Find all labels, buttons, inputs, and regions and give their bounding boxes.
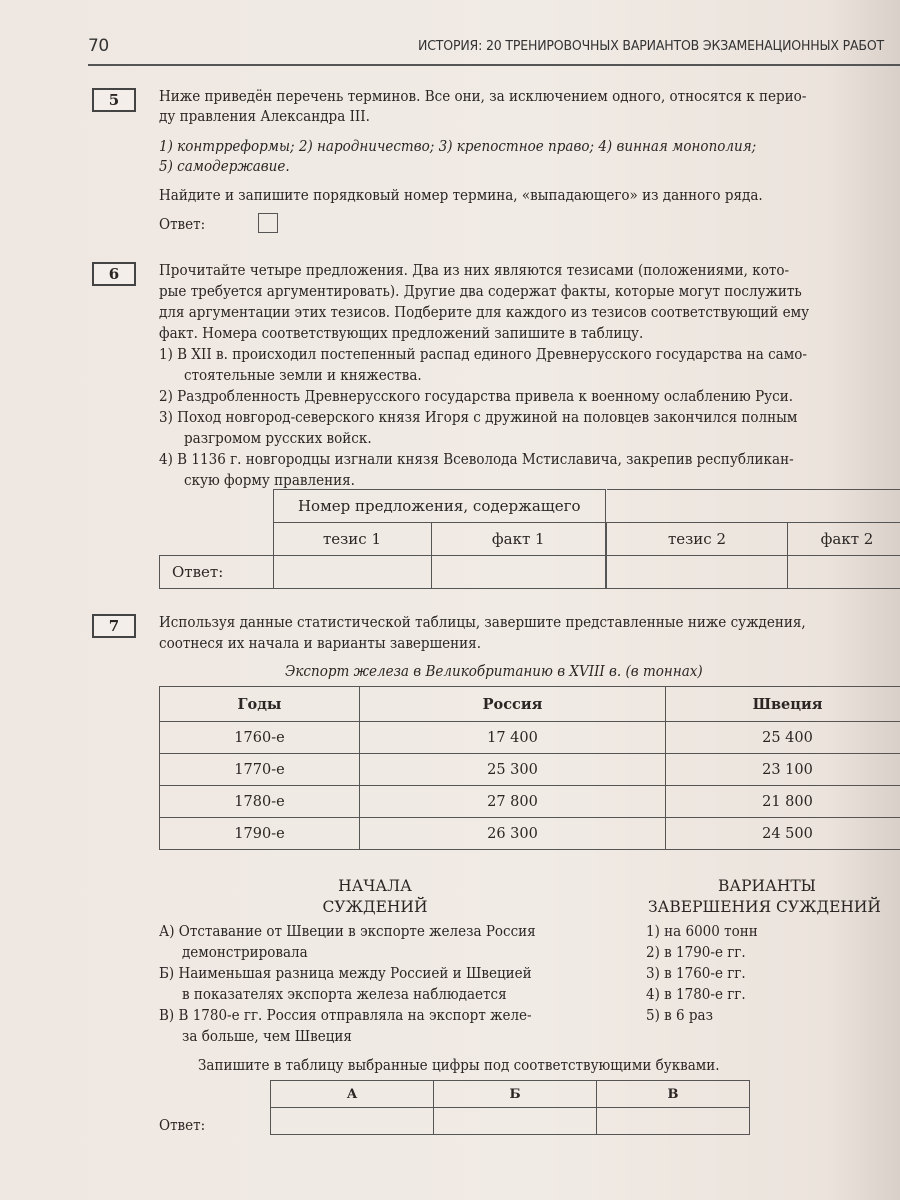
col-header-russia: Россия: [360, 687, 666, 722]
running-title: ИСТОРИЯ: 20 ТРЕНИРОВОЧНЫХ ВАРИАНТОВ ЭКЗА…: [418, 38, 884, 54]
task-7-number: 7: [92, 614, 136, 638]
cell-sweden: 25 400: [666, 722, 900, 754]
cell-russia: 17 400: [360, 722, 666, 754]
task-6-col-fact-1: факт 1: [431, 523, 606, 556]
task-6-answer-fact-1[interactable]: [431, 556, 606, 589]
task-5-terms-line-1: 1) контрреформы; 2) народничество; 3) кр…: [159, 136, 835, 157]
task-7-table-caption: Экспорт железа в Великобританию в XVIII …: [285, 661, 900, 682]
task-6-answer-thesis-2[interactable]: [607, 556, 788, 589]
table-row: 1760-е 17 400 25 400: [160, 722, 900, 754]
ending-3: 3) в 1760-е гг.: [646, 963, 746, 984]
task-6-intro-line-4: факт. Номера соответствующих предложений…: [159, 323, 835, 344]
ending-2: 2) в 1790-е гг.: [646, 942, 746, 963]
task-7-answer-label: Ответ:: [159, 1115, 205, 1136]
cell-years: 1770-е: [160, 754, 360, 786]
textbook-page: 70 ИСТОРИЯ: 20 ТРЕНИРОВОЧНЫХ ВАРИАНТОВ Э…: [0, 0, 900, 1200]
page-header: 70 ИСТОРИЯ: 20 ТРЕНИРОВОЧНЫХ ВАРИАНТОВ Э…: [88, 36, 900, 56]
task-6-answer-thesis-1[interactable]: [273, 556, 431, 589]
task-5-instruction: Найдите и запишите порядковый номер терм…: [159, 185, 835, 206]
task-6-answer-label: Ответ:: [160, 556, 274, 589]
beginning-b-cont: в показателях экспорта железа наблюдаетс…: [182, 984, 507, 1005]
task-6-intro-line-2: рые требуется аргументировать). Другие д…: [159, 281, 835, 302]
header-rule: [88, 64, 900, 66]
ending-1: 1) на 6000 тонн: [646, 921, 758, 942]
task-6-col-thesis-1: тезис 1: [273, 523, 431, 556]
task-7-instruction: Запишите в таблицу выбранные цифры под с…: [198, 1055, 720, 1076]
task-6-statement-1: 1) В XII в. происходил постепенный распа…: [159, 344, 835, 365]
endings-header: ВАРИАНТЫ ЗАВЕРШЕНИЯ СУЖДЕНИЙ: [640, 876, 900, 918]
answer-col-b: Б: [434, 1081, 597, 1108]
task-6-statement-1-cont: стоятельные земли и княжества.: [184, 365, 860, 386]
col-header-sweden: Швеция: [666, 687, 900, 722]
task-5-intro-line-1: Ниже приведён перечень терминов. Все они…: [159, 86, 835, 107]
task-6-intro-line-3: для аргументации этих тезисов. Подберите…: [159, 302, 835, 323]
cell-sweden: 23 100: [666, 754, 900, 786]
task-6-answer-table-right: тезис 2 факт 2: [606, 489, 900, 589]
col-header-years: Годы: [160, 687, 360, 722]
task-6-number: 6: [92, 262, 136, 286]
cell-years: 1780-е: [160, 786, 360, 818]
cell-russia: 26 300: [360, 818, 666, 850]
ending-5: 5) в 6 раз: [646, 1005, 713, 1026]
task-6-statement-2: 2) Раздробленность Древнерусского госуда…: [159, 386, 835, 407]
beginnings-header: НАЧАЛА СУЖДЕНИЙ: [290, 876, 460, 918]
task-6-statement-3-cont: разгромом русских войск.: [184, 428, 860, 449]
answer-col-a: А: [271, 1081, 434, 1108]
beginning-v-cont: за больше, чем Швеция: [182, 1026, 352, 1047]
task-7-intro-line-1: Используя данные статистической таблицы,…: [159, 612, 835, 633]
cell-years: 1760-е: [160, 722, 360, 754]
answer-cell-a[interactable]: [271, 1108, 434, 1135]
task-7-intro-line-2: соотнеся их начала и варианты завершения…: [159, 633, 835, 654]
endings-header-line-1: ВАРИАНТЫ: [640, 876, 900, 897]
task-6-group-header: Номер предложения, содержащего: [273, 490, 606, 523]
task-5-number: 5: [92, 88, 136, 112]
beginning-b: Б) Наименьшая разница между Россией и Шв…: [159, 963, 532, 984]
task-6-statement-4-cont: скую форму правления.: [184, 470, 860, 491]
page-number: 70: [88, 36, 109, 56]
task-7-answer-table: А Б В: [270, 1080, 750, 1135]
beginnings-header-line-2: СУЖДЕНИЙ: [290, 897, 460, 918]
answer-col-v: В: [597, 1081, 750, 1108]
task-6-answer-table-left: Номер предложения, содержащего тезис 1 ф…: [159, 489, 606, 589]
beginning-a-cont: демонстрировала: [182, 942, 308, 963]
iron-export-table: Годы Россия Швеция 1760-е 17 400 25 400 …: [159, 686, 900, 850]
task-5-terms-line-2: 5) самодержавие.: [159, 156, 835, 177]
task-5-answer-box[interactable]: [258, 213, 278, 233]
task-6-answer-fact-2[interactable]: [788, 556, 900, 589]
answer-cell-b[interactable]: [434, 1108, 597, 1135]
beginnings-header-line-1: НАЧАЛА: [290, 876, 460, 897]
table-row: 1770-е 25 300 23 100: [160, 754, 900, 786]
task-5-intro-line-2: ду правления Александра III.: [159, 106, 835, 127]
ending-4: 4) в 1780-е гг.: [646, 984, 746, 1005]
cell-sweden: 24 500: [666, 818, 900, 850]
task-6-intro-line-1: Прочитайте четыре предложения. Два из ни…: [159, 260, 835, 281]
task-6-col-fact-2: факт 2: [788, 523, 900, 556]
task-6-statement-3: 3) Поход новгород-северского князя Игоря…: [159, 407, 835, 428]
table-row: 1780-е 27 800 21 800: [160, 786, 900, 818]
cell-russia: 25 300: [360, 754, 666, 786]
beginning-a: А) Отставание от Швеции в экспорте желез…: [159, 921, 536, 942]
table-row: 1790-е 26 300 24 500: [160, 818, 900, 850]
task-6-statement-4: 4) В 1136 г. новгородцы изгнали князя Вс…: [159, 449, 835, 470]
endings-header-line-2: ЗАВЕРШЕНИЯ СУЖДЕНИЙ: [640, 897, 900, 918]
cell-sweden: 21 800: [666, 786, 900, 818]
cell-russia: 27 800: [360, 786, 666, 818]
answer-cell-v[interactable]: [597, 1108, 750, 1135]
beginning-v: В) В 1780-е гг. Россия отправляла на экс…: [159, 1005, 532, 1026]
task-6-col-thesis-2: тезис 2: [607, 523, 788, 556]
cell-years: 1790-е: [160, 818, 360, 850]
